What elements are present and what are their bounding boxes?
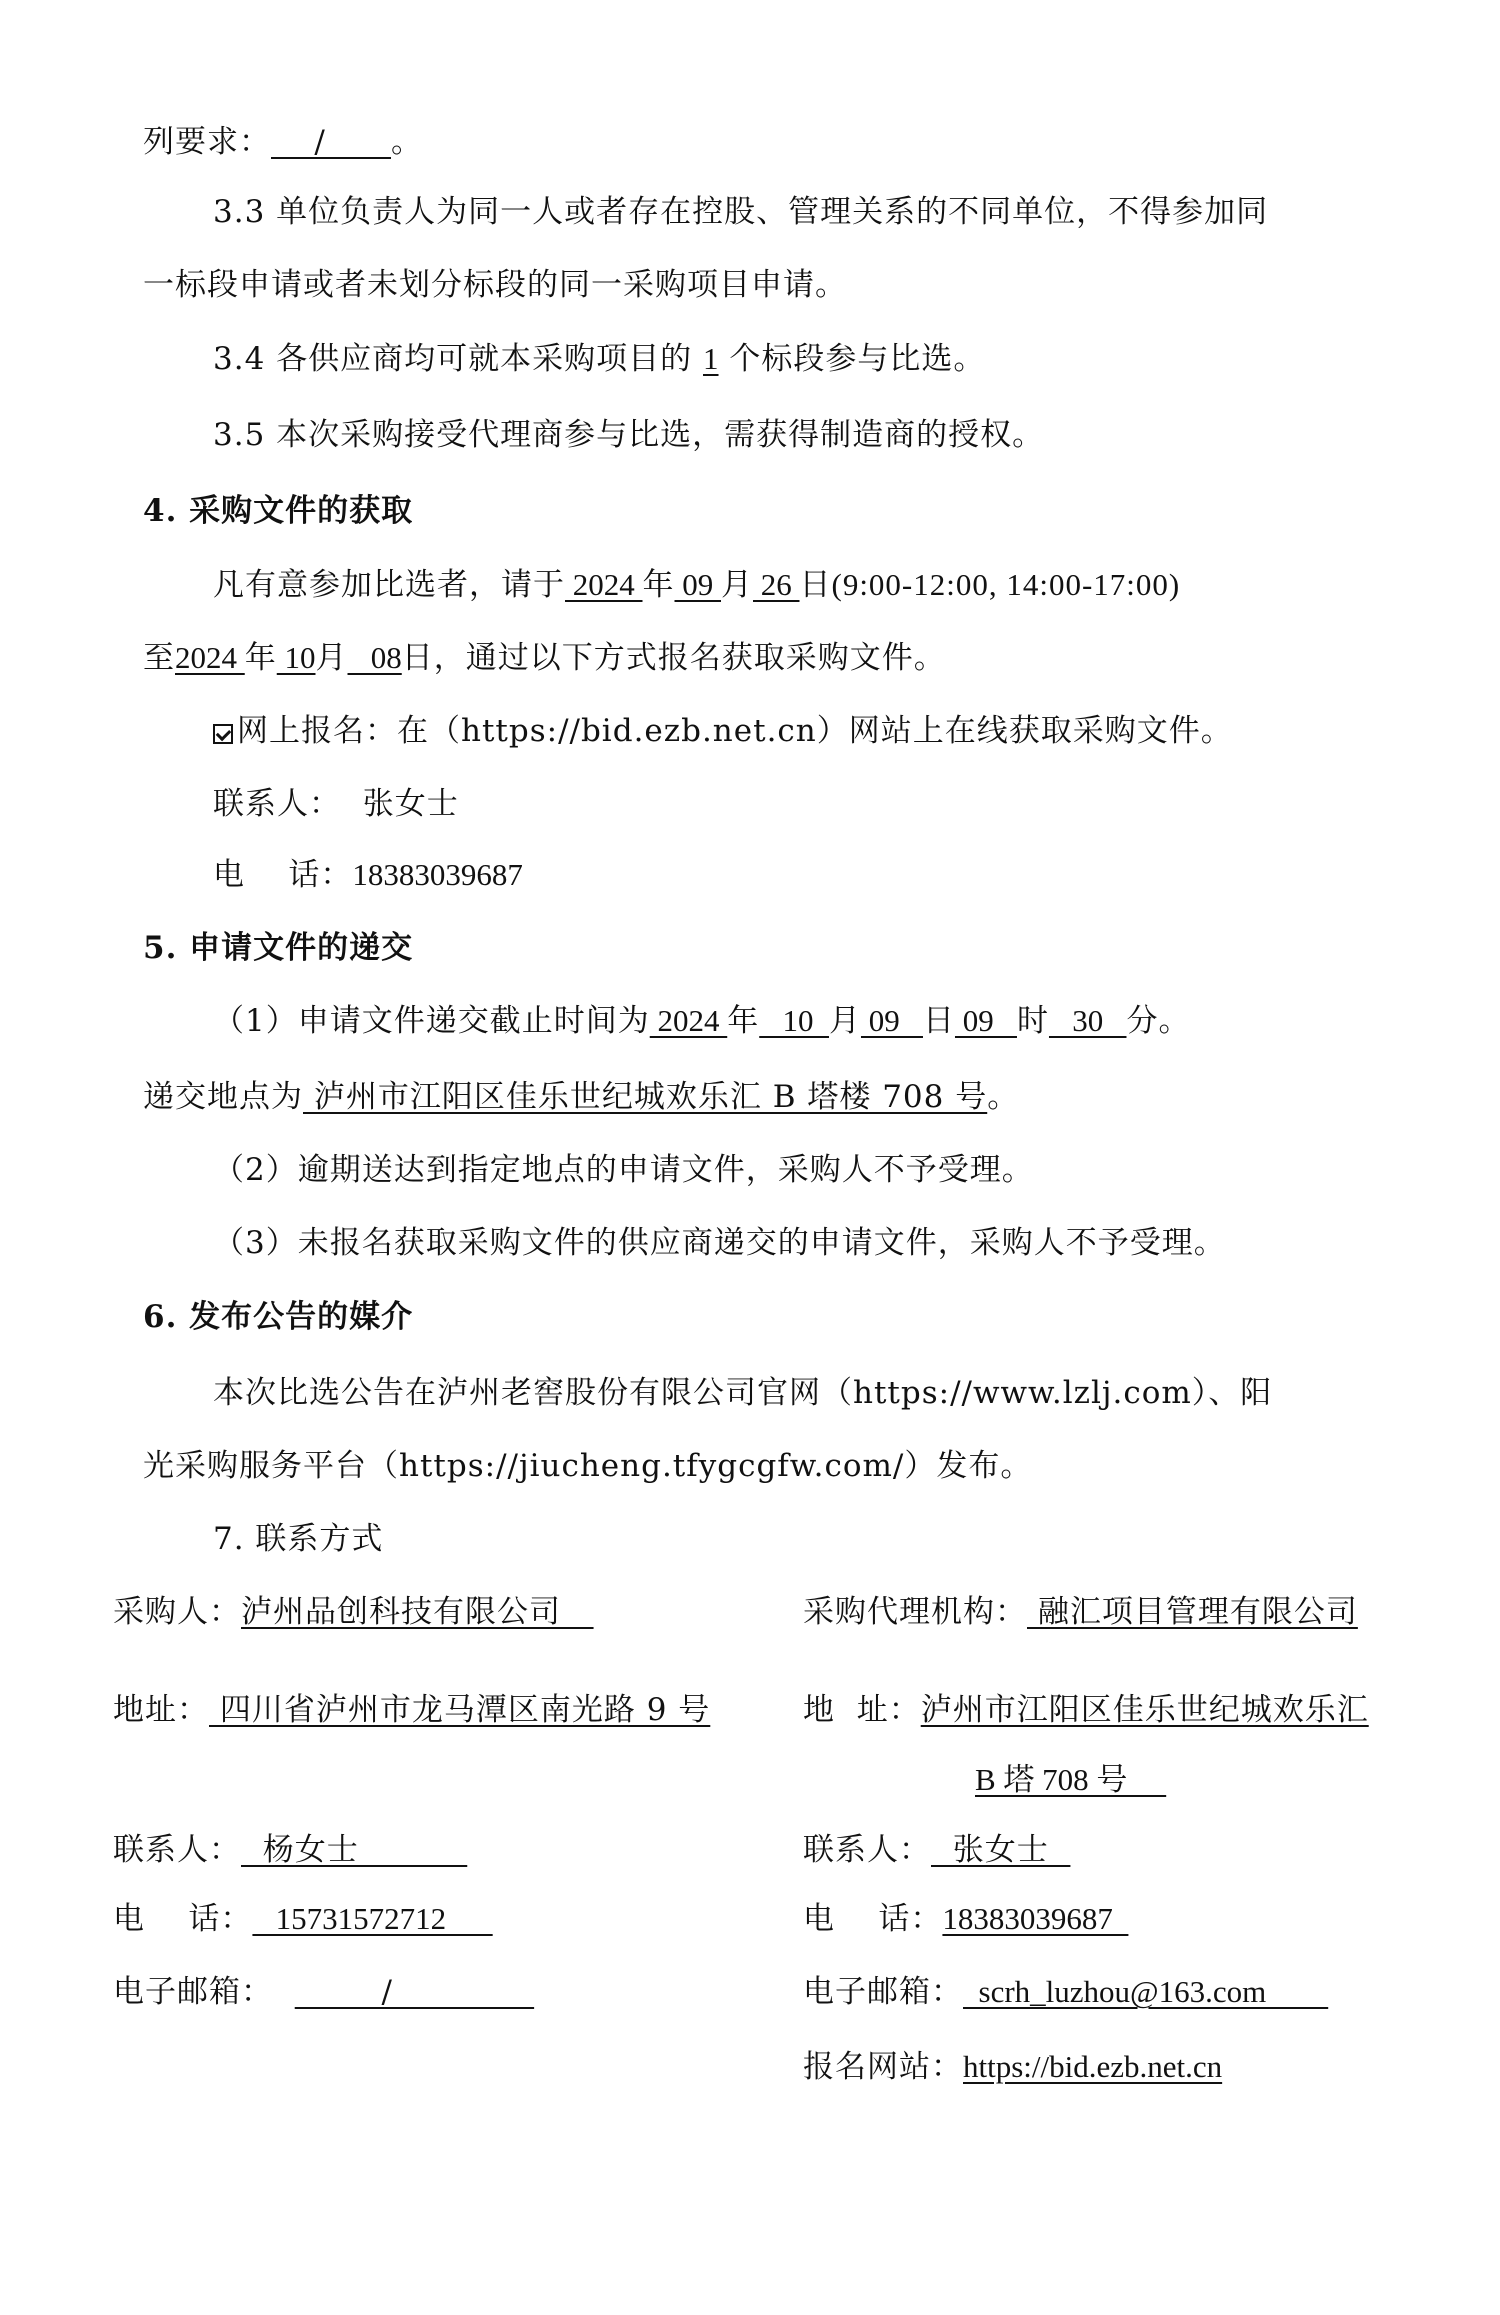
deadline-year: 2024 (650, 1003, 728, 1038)
purchaser-contact: 杨女士 (241, 1832, 467, 1868)
agency-label: 采购代理机构： (803, 1594, 1027, 1630)
end-year: 2024 (175, 640, 245, 675)
phone-value: 18383039687 (352, 857, 523, 892)
acquisition-period-line1: 凡有意参加比选者，请于 2024 年 09 月 26 日(9:00-12:00,… (213, 565, 1180, 605)
agency-website-link[interactable]: https://bid.ezb.net.cn (963, 2049, 1222, 2084)
year-label: 年 (245, 640, 277, 676)
purchaser-label: 采购人： (113, 1594, 241, 1630)
month-label: 月 (829, 1003, 861, 1039)
end-month: 10 (277, 640, 316, 675)
requirement-value: / (271, 124, 391, 160)
start-year: 2024 (565, 567, 643, 602)
start-month: 09 (675, 567, 722, 602)
purchaser-contact-row: 联系人： 杨女士 (113, 1830, 467, 1870)
agency-name: 融汇项目管理有限公司 (1027, 1594, 1358, 1630)
contact-label: 联系人： (213, 786, 341, 822)
agency-address-line2-row: B 塔 708 号 (975, 1760, 1166, 1800)
agency-address-label: 地 址： (803, 1692, 921, 1728)
item-3-3-line2: 一标段申请或者未划分标段的同一采购项目申请。 (143, 265, 847, 305)
deadline-line: （1）申请文件递交截止时间为 2024 年 10 月 09 日 09 时 30 … (213, 1001, 1190, 1041)
agency-phone-label: 电 话： (803, 1901, 942, 1937)
requirement-line: 列要求： / 。 (143, 122, 423, 162)
late-submission-rule: （2）逾期送达到指定地点的申请文件，采购人不予受理。 (213, 1150, 1034, 1190)
item-3-4-prefix: 3.4 各供应商均可就本采购项目的 (213, 341, 703, 377)
contact-name: 张女士 (363, 786, 459, 822)
to-label: 至 (143, 640, 175, 676)
online-registration-text: 网上报名：在（https://bid.ezb.net.cn）网站上在线获取采购文… (237, 713, 1233, 749)
section-6-heading: 6. 发布公告的媒介 (143, 1297, 413, 1337)
submission-location-line: 递交地点为 泸州市江阳区佳乐世纪城欢乐汇 B 塔楼 708 号。 (143, 1077, 1019, 1117)
agency-name-row: 采购代理机构： 融汇项目管理有限公司 (803, 1592, 1358, 1632)
agency-contact-label: 联系人： (803, 1832, 931, 1868)
agency-address-line1: 泸州市江阳区佳乐世纪城欢乐汇 (921, 1692, 1369, 1728)
section-4-contact: 联系人： 张女士 (213, 784, 459, 824)
section-7-heading: 7. 联系方式 (213, 1519, 383, 1559)
requirement-label: 列要求： (143, 124, 271, 160)
phone-label: 电 话： (213, 857, 352, 893)
start-day: 26 (753, 567, 800, 602)
purchaser-name: 泸州品创科技有限公司 (241, 1594, 594, 1630)
year-label: 年 (643, 567, 675, 603)
purchaser-address-label: 地址： (113, 1692, 209, 1728)
day-label: 日 (923, 1003, 955, 1039)
month-label: 月 (316, 640, 348, 676)
year-label: 年 (727, 1003, 759, 1039)
publication-line1: 本次比选公告在泸州老窖股份有限公司官网（https://www.lzlj.com… (213, 1373, 1272, 1413)
agency-contact: 张女士 (931, 1832, 1070, 1868)
purchaser-phone-row: 电 话： 15731572712 (113, 1899, 493, 1939)
deadline-prefix: （1）申请文件递交截止时间为 (213, 1003, 650, 1039)
agency-website-row: 报名网站：https://bid.ezb.net.cn (803, 2047, 1222, 2087)
item-3-4: 3.4 各供应商均可就本采购项目的 1 个标段参与比选。 (213, 339, 985, 379)
requirement-end: 。 (391, 124, 423, 160)
section-4-phone: 电 话：18383039687 (213, 855, 523, 895)
agency-website-label: 报名网站： (803, 2049, 963, 2085)
day-label: 日 (800, 567, 832, 603)
agency-phone: 18383039687 (942, 1901, 1128, 1936)
section-5-heading: 5. 申请文件的递交 (143, 928, 413, 968)
agency-email-row: 电子邮箱： scrh_luzhou@163.com (803, 1972, 1328, 2012)
purchaser-email: / (295, 1974, 534, 2010)
acquisition-intro: 凡有意参加比选者，请于 (213, 567, 565, 603)
checked-box-icon (213, 724, 233, 744)
deadline-minute: 30 (1049, 1003, 1127, 1038)
agency-phone-row: 电 话：18383039687 (803, 1899, 1128, 1939)
purchaser-phone-label: 电 话： (113, 1901, 252, 1937)
purchaser-address: 四川省泸州市龙马潭区南光路 9 号 (209, 1692, 710, 1728)
purchaser-email-label: 电子邮箱： (113, 1974, 273, 2010)
deadline-day: 09 (861, 1003, 923, 1038)
end-day: 08 (348, 640, 402, 675)
item-3-4-suffix: 个标段参与比选。 (719, 341, 986, 377)
deadline-month: 10 (759, 1003, 829, 1038)
purchaser-email-row: 电子邮箱： / (113, 1972, 534, 2012)
minute-label: 分。 (1126, 1003, 1190, 1039)
submission-location: 泸州市江阳区佳乐世纪城欢乐汇 B 塔楼 708 号 (303, 1079, 987, 1115)
purchaser-phone: 15731572712 (252, 1901, 492, 1936)
online-registration-line: 网上报名：在（https://bid.ezb.net.cn）网站上在线获取采购文… (213, 711, 1233, 751)
office-hours: (9:00-12:00, 14:00-17:00) (832, 567, 1181, 602)
publication-line2: 光采购服务平台（https://jiucheng.tfygcgfw.com/）发… (143, 1446, 1032, 1486)
location-label: 递交地点为 (143, 1079, 303, 1115)
agency-address-row: 地 址：泸州市江阳区佳乐世纪城欢乐汇 (803, 1690, 1369, 1730)
agency-contact-row: 联系人： 张女士 (803, 1830, 1070, 1870)
acquisition-period-line2: 至2024 年 10月 08日，通过以下方式报名获取采购文件。 (143, 638, 946, 678)
unregistered-rule: （3）未报名获取采购文件的供应商递交的申请文件，采购人不予受理。 (213, 1223, 1226, 1263)
item-3-3-line1: 3.3 单位负责人为同一人或者存在控股、管理关系的不同单位，不得参加同 (213, 192, 1268, 232)
agency-email-label: 电子邮箱： (803, 1974, 963, 2010)
agency-address-line2: B 塔 708 号 (975, 1762, 1166, 1797)
purchaser-name-row: 采购人：泸州品创科技有限公司 (113, 1592, 594, 1632)
section-4-heading: 4. 采购文件的获取 (143, 491, 413, 531)
deadline-hour: 09 (955, 1003, 1017, 1038)
location-end: 。 (987, 1079, 1019, 1115)
item-3-5: 3.5 本次采购接受代理商参与比选，需获得制造商的授权。 (213, 415, 1044, 455)
month-label: 月 (721, 567, 753, 603)
agency-email: scrh_luzhou@163.com (963, 1974, 1328, 2009)
hour-label: 时 (1017, 1003, 1049, 1039)
item-3-4-count: 1 (703, 341, 719, 376)
purchaser-contact-label: 联系人： (113, 1832, 241, 1868)
acquisition-suffix: 日，通过以下方式报名获取采购文件。 (402, 640, 946, 676)
purchaser-address-row: 地址： 四川省泸州市龙马潭区南光路 9 号 (113, 1690, 710, 1730)
